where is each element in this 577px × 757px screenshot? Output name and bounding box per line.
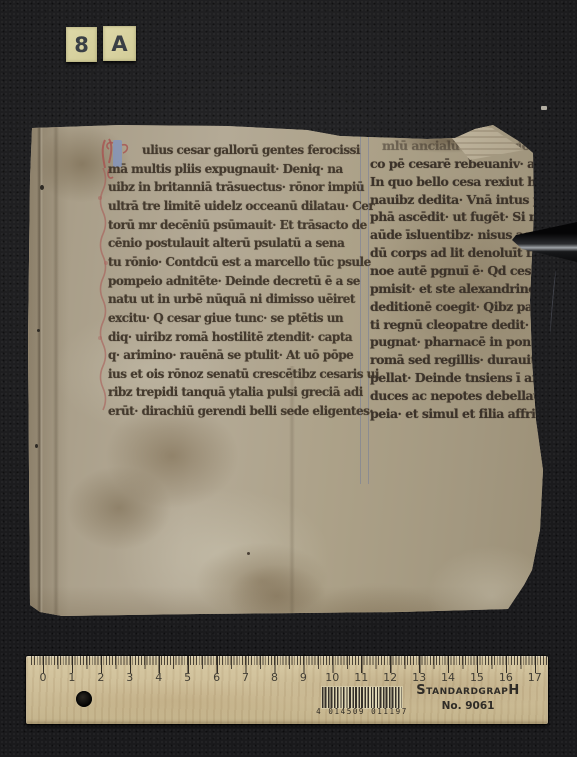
fold-crease	[37, 116, 43, 622]
manuscript-text-line: romā sed regillis· durauit	[370, 352, 536, 367]
half-centimeter-ticks	[43, 656, 548, 669]
ruler-cm-number: 0	[40, 671, 47, 684]
ink-speck	[37, 329, 40, 332]
manuscript-text-line: ulius cesar gallorū gentes ferocissi	[108, 143, 360, 157]
ruler-cm-number: 1	[68, 671, 75, 684]
manuscript-text-line: In quo bello cesa rexiut hōmi	[370, 174, 561, 189]
photo-background: 8 A ulius cesar gallorū gentes ferocissi…	[0, 0, 577, 757]
measuring-ruler: 01234567891011121314151617 4 014509 0111…	[26, 656, 548, 724]
millimeter-ticks	[31, 656, 548, 665]
ruler-cm-number: 9	[300, 671, 307, 684]
manuscript-text-line: ribz trepidi tanquā ytalia pulsi greciā …	[108, 385, 363, 399]
manuscript-text-line: uibz in britanniā trāsuectus· rōnor impi…	[108, 180, 364, 194]
ruler-cm-number: 2	[97, 671, 104, 684]
manuscript-text-line: peia· et simul et filia affrican	[370, 406, 559, 421]
manuscript-fragment: ulius cesar gallorū gentes ferocissimā m…	[27, 116, 547, 622]
manuscript-text-line: mā multis pliis expugnauit· Deniq· na	[108, 162, 343, 176]
manuscript-text-line: duces ac nepotes debellauit	[370, 388, 551, 403]
manuscript-text-line: phā ascēdit· ut fugēt· Si mili	[370, 209, 554, 224]
manuscript-text-line: ultrā tre limitē uidelz occeanū dilatau·…	[108, 199, 374, 213]
ruler-cm-number: 4	[155, 671, 162, 684]
manuscript-text-line: erūt· dirachiū gerendi belli sede eligen…	[108, 404, 373, 418]
manuscript-text-line: deditionē coegit· Qibz pactis	[370, 299, 556, 314]
manuscript-text-line: q· arimino· rauēnā se ptulit· At uō pōpe	[108, 348, 353, 362]
ink-speck	[35, 444, 38, 448]
barcode-digits: 4 014509 011197	[314, 707, 410, 716]
manuscript-text-line: nauibz dedita· Vnā intus pri	[370, 192, 551, 207]
paper-speck	[541, 106, 547, 110]
ruler-cm-number: 12	[383, 671, 397, 684]
barcode	[322, 687, 402, 708]
shelfmark-letter: A	[111, 32, 127, 56]
manuscript-text-line: pompeio adnitēte· Deinde decretū ē a se	[108, 274, 360, 288]
ruler-brand: StandardgrapH	[402, 683, 534, 698]
manuscript-text-line: torū mr decēniū psūmauit· Et trāsacto de	[108, 218, 367, 232]
ruler-hanging-hole	[76, 691, 92, 707]
manuscript-text-line: cēnio postulauit alterū psulatū a sena	[108, 236, 344, 250]
ruler-cm-number: 5	[184, 671, 191, 684]
manuscript-text-line: pugnat· pharnacē in ponto	[370, 334, 544, 349]
stray-fiber	[549, 270, 558, 334]
ruler-cm-number: 11	[354, 671, 368, 684]
shelfmark-number-tile: 8	[66, 27, 97, 62]
ruler-cm-number: 3	[126, 671, 133, 684]
manuscript-text-line: ius et ois rōnoz senatū crescētibz cesar…	[108, 367, 379, 381]
manuscript-text-line: pellat· Deinde tnsiens ī affri	[370, 370, 552, 385]
ruler-cm-number: 7	[242, 671, 249, 684]
shelfmark-letter-tile: A	[103, 26, 136, 61]
manuscript-text-line: tu rōnio· Contdcū est a marcello tūc psu…	[108, 255, 371, 269]
manuscript-text-line: pmisit· et ste alexandrinos a	[370, 281, 554, 296]
manuscript-text-line: natu ut in urbē nūquā ni dimisso uēiret	[108, 292, 355, 306]
manuscript-text-line: excitu· Q cesar giue tunc· se ptētis un	[108, 311, 343, 325]
ruler-brand-block: StandardgrapH No. 9061	[402, 683, 534, 712]
ink-speck	[40, 185, 44, 190]
manuscript-text-line: ti regnū cleopatre dedit· de in	[370, 317, 565, 332]
shelfmark-number: 8	[74, 33, 89, 57]
ruler-cm-number: 6	[213, 671, 220, 684]
ruler-model-number: No. 9061	[402, 700, 534, 712]
manuscript-text-line: diq· uiribz romā hostilitē ztendit· capt…	[108, 330, 352, 344]
ruler-cm-number: 10	[325, 671, 339, 684]
ink-speck	[247, 552, 250, 555]
column-ruling-line	[368, 136, 369, 484]
manuscript-text-line: noe autē pgnuī ē· Qd cesar	[370, 263, 545, 278]
ruler-cm-number: 8	[271, 671, 278, 684]
fold-crease	[53, 116, 59, 622]
